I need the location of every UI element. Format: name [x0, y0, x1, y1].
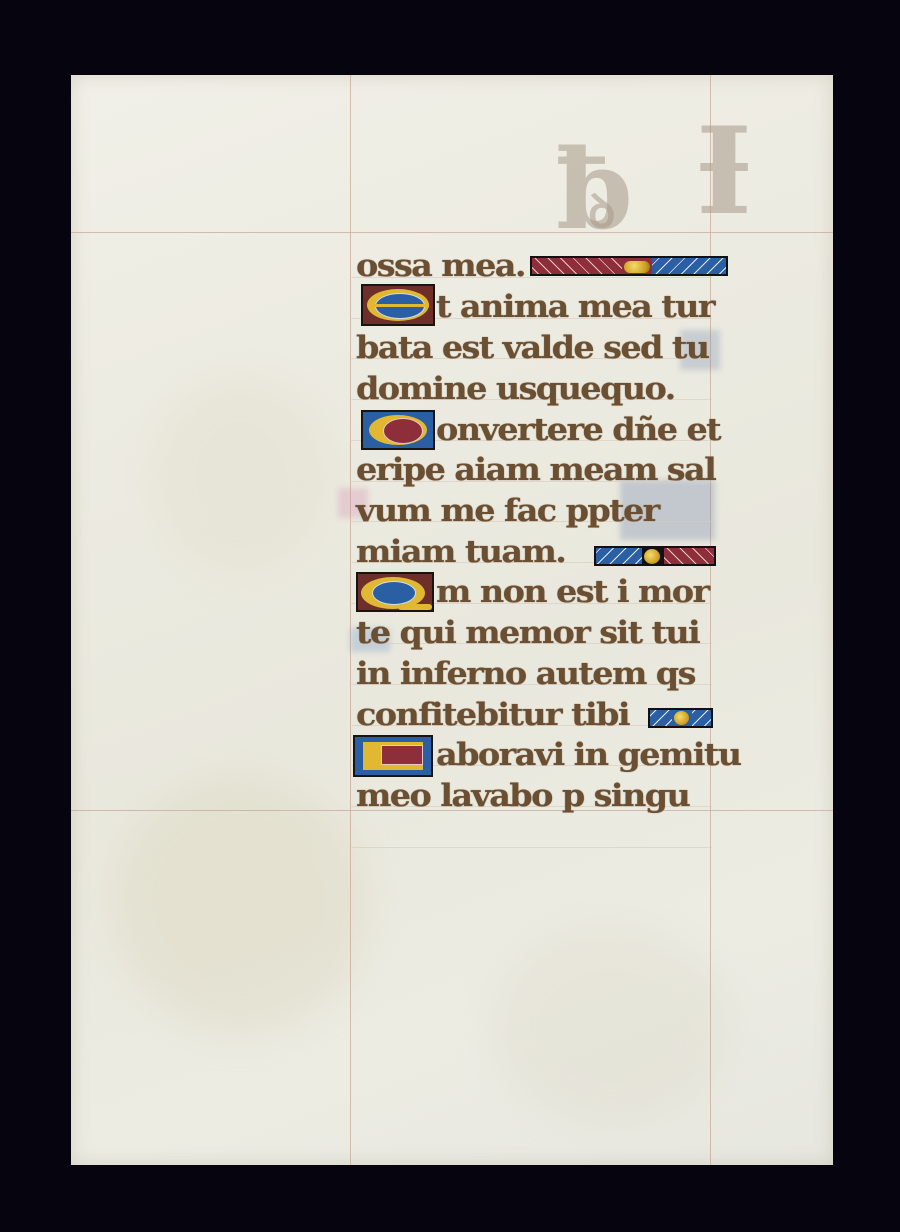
text-line-13: aboravi in gemitu — [436, 735, 740, 775]
text-line-1: ossa mea. — [356, 246, 525, 286]
show-through-ascender: ꝺ — [588, 188, 616, 234]
illuminated-initial-C — [361, 410, 435, 450]
illuminated-initial-L — [353, 735, 433, 777]
text-line-7: vum me fac ppter — [356, 491, 659, 531]
line-filler-8 — [594, 546, 716, 566]
illuminated-initial-E — [361, 284, 435, 326]
ruling-left — [350, 75, 351, 1165]
text-line-14: meo lavabo p singu — [356, 776, 689, 816]
line-ruling — [350, 847, 712, 848]
text-line-8: miam tuam. — [356, 532, 565, 572]
text-line-11: in inferno autem qs — [356, 654, 695, 694]
text-line-3: bata est valde sed tu — [356, 328, 708, 368]
show-through-flourish: Ɨ — [696, 112, 752, 232]
line-filler-12 — [648, 708, 713, 728]
text-line-9: m non est i mor — [436, 572, 708, 612]
parchment-stain — [111, 775, 371, 1035]
parchment-stain — [151, 375, 331, 575]
line-filler-1 — [530, 256, 728, 276]
text-line-12: confitebitur tibi — [356, 695, 629, 735]
text-line-10: te qui memor sit tui — [356, 613, 699, 653]
parchment-stain — [491, 925, 731, 1125]
text-line-4: domine usquequo. — [356, 369, 675, 409]
text-line-5: onvertere dñe et — [436, 410, 720, 450]
text-line-6: eripe aiam meam sal — [356, 450, 715, 490]
illuminated-initial-Q — [356, 572, 434, 612]
text-line-2: t anima mea tur — [436, 287, 714, 327]
